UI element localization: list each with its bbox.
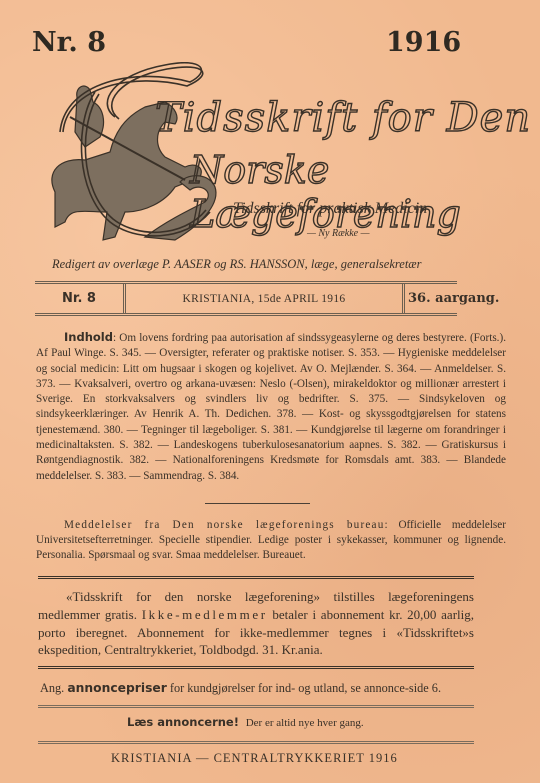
- series-label: — Ny Række —: [307, 228, 370, 239]
- read-ads-text: Der er altid nye hver gang.: [246, 717, 364, 729]
- ads-prefix: Ang.: [40, 681, 64, 695]
- masthead-bar: Nr. 8 KRISTIANIA, 15de APRIL 1916 36. aa…: [35, 281, 457, 316]
- bureau-notices: Meddelelser fra Den norske lægeforenings…: [36, 518, 506, 564]
- divider: [38, 705, 474, 708]
- ads-bold: annoncepriser: [67, 681, 166, 695]
- ad-prices-note: Ang. annoncepriser for kundgjørelser for…: [40, 681, 441, 696]
- table-of-contents: Indhold: Om lovens fordring paa autorisa…: [36, 330, 506, 484]
- masthead-issue: Nr. 8: [35, 284, 126, 313]
- subscription-info: «Tidsskrift for den norske lægeforening»…: [38, 588, 474, 659]
- ads-suffix: for kundgjørelser for ind- og utland, se…: [170, 681, 441, 695]
- issue-number: Nr. 8: [32, 27, 106, 58]
- divider: [38, 666, 474, 669]
- editors-line: Redigert av overlæge P. AASER og RS. HAN…: [52, 257, 422, 272]
- subscription-non-members: Ikke-medlemmer: [142, 607, 268, 622]
- issue-year: 1916: [386, 27, 461, 58]
- contents-label: Indhold: [64, 330, 113, 344]
- divider: [38, 741, 474, 744]
- divider: [205, 503, 310, 504]
- journal-subtitle: Tidsskrift for praktisk Medicin: [233, 200, 427, 218]
- masthead-volume: 36. aargang.: [408, 284, 498, 313]
- divider: [38, 576, 474, 579]
- journal-title-line2: Norske Lægeforening: [190, 148, 540, 236]
- masthead-place-date: KRISTIANIA, 15de APRIL 1916: [126, 284, 405, 313]
- journal-title-line1: Tidsskrift for Den: [155, 95, 531, 141]
- contents-text: : Om lovens fordring paa autorisation af…: [36, 332, 506, 482]
- read-ads-note: Læs annoncerne! Der er altid nye hver ga…: [127, 715, 364, 729]
- printer-footer: KRISTIANIA — CENTRALTRYKKERIET 1916: [111, 751, 398, 766]
- bureau-label: Meddelelser fra Den norske lægeforenings…: [64, 519, 385, 531]
- read-ads-bold: Læs annoncerne!: [127, 715, 239, 729]
